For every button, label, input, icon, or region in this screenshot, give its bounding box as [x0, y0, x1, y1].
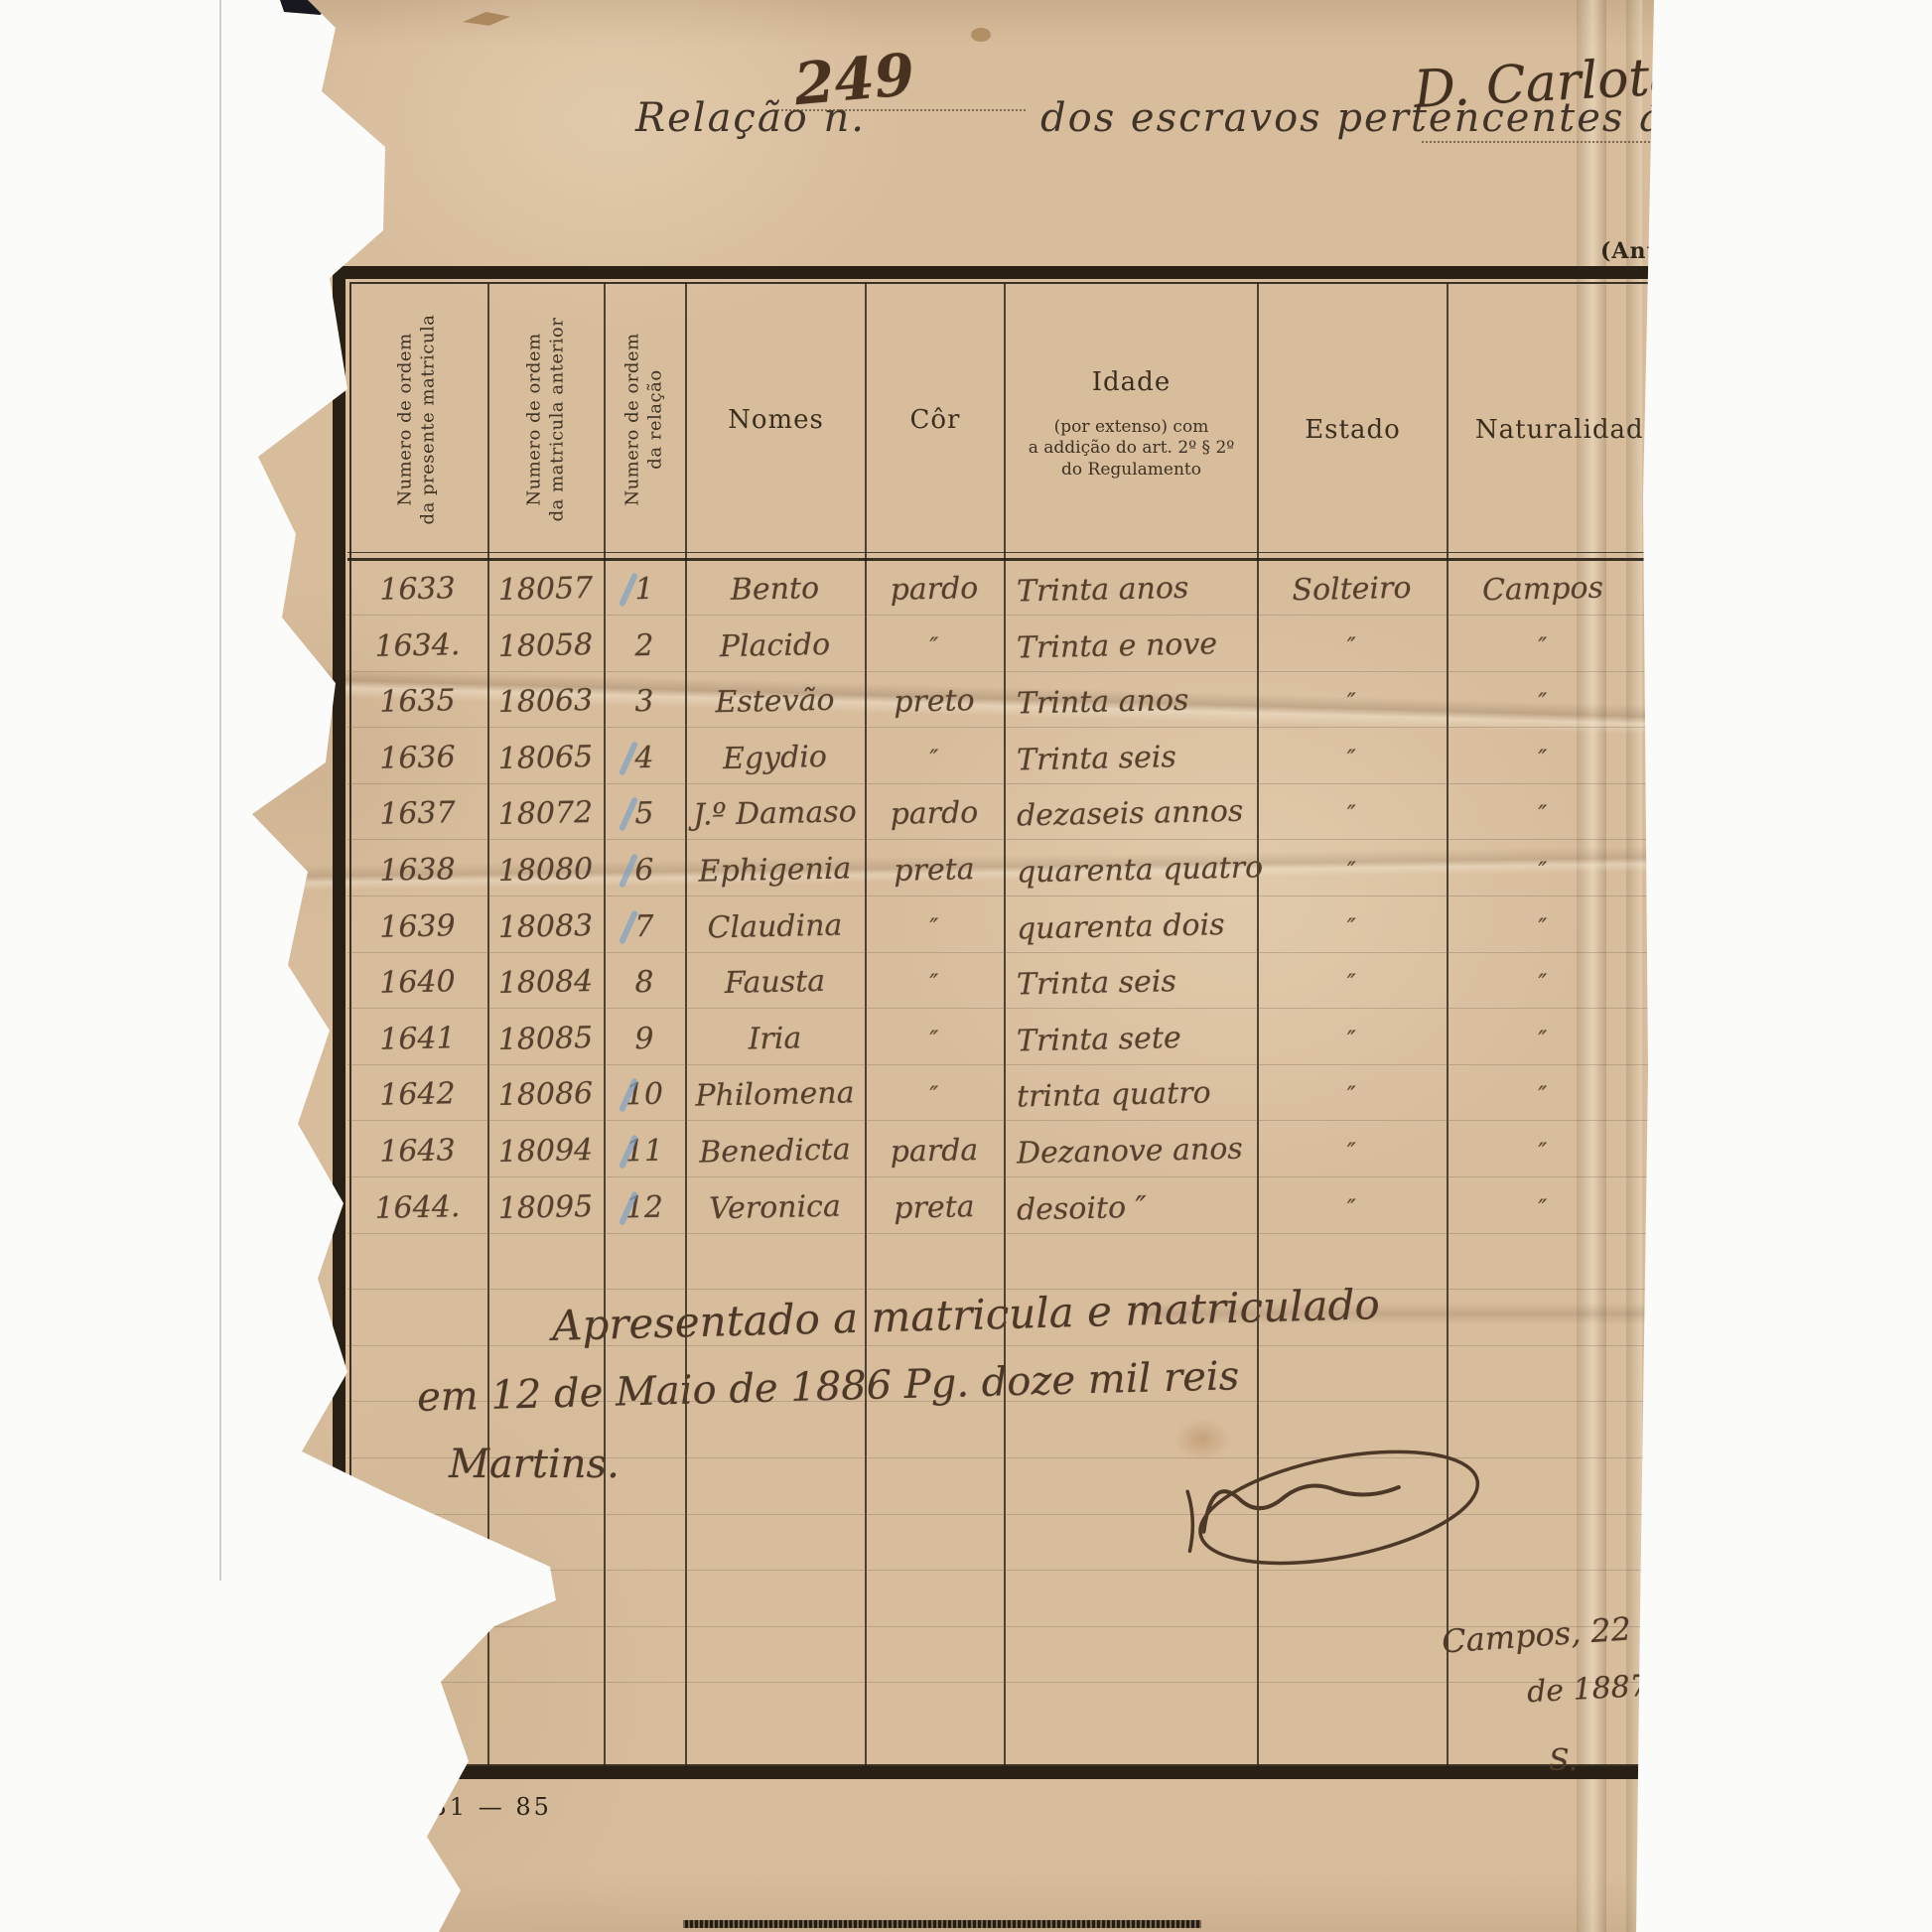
note-line-3: Martins.: [449, 1442, 620, 1487]
row-11-naturalidade: ″: [1449, 1128, 1638, 1177]
row-4-num_relacao: 4: [606, 736, 684, 783]
row-1-cor: pardo: [867, 567, 1003, 616]
header-num-anterior-line1: Numero de ordem: [524, 286, 547, 554]
header-nomes: Nomes: [687, 405, 865, 435]
row-10-num_relacao: 10: [606, 1073, 684, 1121]
row-12-naturalidade: ″: [1449, 1184, 1638, 1234]
title-owner-handwritten: D. Carlota: [1413, 55, 1681, 112]
scan-edge-shadow: [219, 0, 221, 1581]
row-3-naturalidade: ″: [1449, 678, 1638, 728]
row-8-estado: ″: [1259, 959, 1446, 1009]
row-12-idade: desoito ″: [1009, 1183, 1262, 1234]
row-12-estado: ″: [1259, 1184, 1446, 1234]
row-3-nome: Estevão: [687, 678, 864, 728]
table-border-bottom: [333, 1766, 1654, 1779]
ruled-guide-line: [347, 1176, 1648, 1177]
row-11-estado: ″: [1259, 1128, 1446, 1177]
row-11-cor: parda: [867, 1129, 1003, 1177]
header-idade-sub-line1: (por extenso) com: [1006, 417, 1257, 438]
row-4-num_presente: 1636: [349, 735, 486, 783]
row-10-num_presente: 1642: [349, 1072, 486, 1121]
header-num-presente-line1: Numero de ordem: [395, 286, 418, 554]
header-num-relacao: Numero de ordem da relação: [622, 286, 667, 554]
row-8-num_presente: 1640: [349, 960, 486, 1009]
row-3-num_presente: 1635: [349, 679, 486, 728]
row-12-cor: preta: [867, 1184, 1003, 1233]
row-4-nome: Egydio: [687, 735, 864, 784]
row-1-estado: Solteiro: [1259, 566, 1446, 616]
ruled-guide-line: [347, 1345, 1648, 1346]
row-1-num_relacao: 1: [606, 567, 684, 615]
row-9-num_relacao: 9: [606, 1017, 684, 1064]
row-9-nome: Iria: [687, 1016, 864, 1065]
row-10-nome: Philomena: [687, 1072, 864, 1122]
form-print-code: 1031 — 85: [395, 1793, 552, 1821]
row-11-idade: Dezanove anos: [1009, 1127, 1262, 1177]
row-6-idade: quarenta quatro: [1009, 846, 1262, 897]
row-10-cor: ″: [867, 1072, 1003, 1121]
header-num-relacao-line2: da relação: [644, 286, 667, 554]
row-2-estado: ″: [1259, 622, 1446, 672]
table-border-left: [333, 266, 345, 1779]
row-8-nome: Fausta: [687, 959, 864, 1009]
row-5-cor: pardo: [867, 791, 1003, 840]
row-2-num_relacao: 2: [606, 623, 684, 671]
row-8-naturalidade: ″: [1449, 959, 1638, 1009]
row-1-idade: Trinta anos: [1009, 565, 1262, 616]
row-3-estado: ″: [1259, 678, 1446, 728]
row-4-num_anterior: 18065: [489, 736, 603, 783]
row-1-nome: Bento: [687, 566, 864, 616]
row-7-num_presente: 1639: [349, 903, 486, 952]
header-num-presente-line2: da presente matricula: [417, 286, 440, 554]
row-7-num_relacao: 7: [606, 904, 684, 952]
row-11-num_presente: 1643: [349, 1129, 486, 1177]
row-8-cor: ″: [867, 960, 1003, 1009]
row-4-naturalidade: ″: [1449, 735, 1638, 784]
document-paper: Relação n. 249 dos escravos pertencentes…: [0, 0, 1932, 1932]
header-estado: Estado: [1259, 415, 1447, 445]
row-10-idade: trinta quatro: [1009, 1071, 1262, 1122]
header-naturalidade: Naturalidade: [1449, 415, 1687, 445]
row-5-num_presente: 1637: [349, 791, 486, 840]
row-5-naturalidade: ″: [1449, 790, 1638, 840]
ruled-guide-line: [347, 783, 1648, 784]
ruled-guide-line: [347, 671, 1648, 672]
row-7-nome: Claudina: [687, 903, 864, 953]
ruled-guide-line: [347, 615, 1648, 616]
row-11-num_anterior: 18094: [489, 1129, 603, 1176]
row-6-naturalidade: ″: [1449, 847, 1638, 897]
ruled-guide-line: [347, 839, 1648, 840]
row-5-num_anterior: 18072: [489, 791, 603, 839]
row-10-estado: ″: [1259, 1071, 1446, 1121]
row-9-num_anterior: 18085: [489, 1017, 603, 1064]
row-3-cor: preto: [867, 679, 1003, 728]
header-num-anterior: Numero de ordem da matricula anterior: [524, 286, 569, 554]
title-number-handwritten: 249: [792, 53, 915, 106]
row-4-estado: ″: [1259, 735, 1446, 784]
row-8-num_anterior: 18084: [489, 960, 603, 1008]
row-12-num_presente: 1644.: [349, 1184, 486, 1233]
row-7-idade: quarenta dois: [1009, 902, 1262, 953]
row-2-num_anterior: 18058: [489, 622, 603, 670]
column-line-5: [1004, 283, 1006, 1766]
table-border-top: [333, 266, 1654, 279]
scanned-document-page: Relação n. 249 dos escravos pertencentes…: [0, 0, 1932, 1932]
row-7-cor: ″: [867, 903, 1003, 952]
row-6-estado: ″: [1259, 847, 1446, 897]
ink-dot-stain: [971, 28, 991, 42]
ruled-guide-line: [347, 727, 1648, 728]
row-1-num_anterior: 18057: [489, 567, 603, 615]
row-3-idade: Trinta anos: [1009, 678, 1262, 729]
header-num-presente: Numero de ordem da presente matricula: [395, 286, 440, 554]
row-6-cor: preta: [867, 848, 1003, 897]
row-5-nome: J.º Damaso: [687, 791, 864, 841]
row-9-estado: ″: [1259, 1016, 1446, 1065]
row-10-num_anterior: 18086: [489, 1072, 603, 1120]
row-2-nome: Placido: [687, 622, 864, 672]
row-12-nome: Veronica: [687, 1184, 864, 1234]
bottom-hatch-line: [683, 1920, 1201, 1928]
row-6-nome: Ephigenia: [687, 847, 864, 897]
ruled-guide-line: [347, 896, 1648, 897]
ruled-guide-line: [347, 1682, 1648, 1683]
row-5-idade: dezaseis annos: [1009, 790, 1262, 841]
row-2-naturalidade: ″: [1449, 622, 1638, 672]
row-6-num_relacao: 6: [606, 848, 684, 896]
row-1-naturalidade: Campos: [1449, 566, 1638, 616]
header-cor: Côr: [867, 405, 1004, 435]
row-9-num_presente: 1641: [349, 1016, 486, 1064]
header-separator-thick: [347, 558, 1654, 561]
row-7-naturalidade: ″: [1449, 903, 1638, 953]
header-idade: Idade: [1006, 367, 1257, 397]
corner-note-line-3: S.: [1549, 1743, 1578, 1778]
row-3-num_relacao: 3: [606, 679, 684, 727]
row-3-num_anterior: 18063: [489, 679, 603, 727]
row-1-num_presente: 1633: [349, 567, 486, 616]
brown-stain-2: [236, 1471, 266, 1495]
header-num-relacao-line1: Numero de ordem: [622, 286, 645, 554]
ruled-guide-line: [347, 952, 1648, 953]
row-7-num_anterior: 18083: [489, 903, 603, 951]
row-2-idade: Trinta e nove: [1009, 621, 1262, 672]
row-5-estado: ″: [1259, 790, 1446, 840]
row-4-idade: Trinta seis: [1009, 734, 1262, 784]
ruled-guide-line: [347, 1064, 1648, 1065]
row-9-idade: Trinta sete: [1009, 1015, 1262, 1065]
ruled-guide-line: [347, 1120, 1648, 1121]
ruled-guide-line: [347, 1008, 1648, 1009]
row-12-num_relacao: 12: [606, 1185, 684, 1233]
row-2-num_presente: 1634.: [349, 622, 486, 671]
header-num-anterior-line2: da matricula anterior: [546, 286, 569, 554]
row-12-num_anterior: 18095: [489, 1184, 603, 1232]
row-6-num_anterior: 18080: [489, 848, 603, 896]
ruled-guide-line: [347, 1233, 1648, 1234]
corner-note-line-2: de 1887: [1526, 1669, 1650, 1710]
row-11-num_relacao: 11: [606, 1129, 684, 1176]
header-idade-sub: (por extenso) com a addição do art. 2º §…: [1006, 417, 1257, 481]
row-9-naturalidade: ″: [1449, 1016, 1638, 1065]
title-owner-underline: [1422, 141, 1650, 143]
row-6-num_presente: 1638: [349, 848, 486, 897]
row-11-nome: Benedicta: [687, 1128, 864, 1177]
row-7-estado: ″: [1259, 903, 1446, 953]
header-idade-sub-line2: a addição do art. 2º § 2º: [1006, 438, 1257, 459]
row-4-cor: ″: [867, 735, 1003, 783]
signature-flourish: [1142, 1400, 1505, 1604]
print-fragment: (Ant: [1600, 238, 1658, 264]
row-5-num_relacao: 5: [606, 792, 684, 840]
header-idade-sub-line3: do Regulamento: [1006, 460, 1257, 481]
row-8-idade: Trinta seis: [1009, 959, 1262, 1010]
row-2-cor: ″: [867, 622, 1003, 671]
row-9-cor: ″: [867, 1016, 1003, 1064]
row-8-num_relacao: 8: [606, 960, 684, 1008]
row-10-naturalidade: ″: [1449, 1071, 1638, 1121]
